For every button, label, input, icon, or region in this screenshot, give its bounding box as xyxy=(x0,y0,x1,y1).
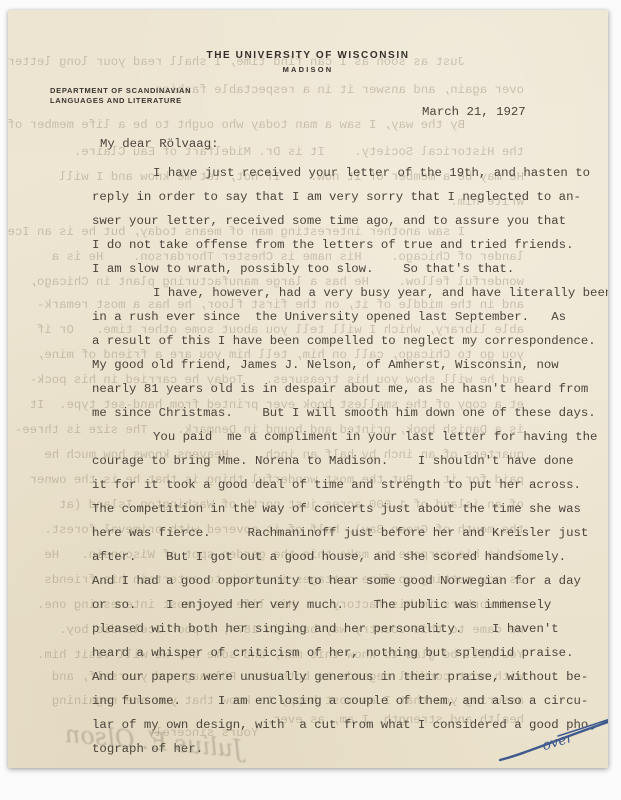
letter-line: My good old friend, James J. Nelson, of … xyxy=(92,353,608,377)
letter-line: here was fierce. Rachmaninoff just befor… xyxy=(92,521,608,545)
letter-line: nearly 81 years old is in despair about … xyxy=(92,377,608,401)
letter-line: it for it took a good deal of time and s… xyxy=(92,473,608,497)
letter-line: I have, however, had a very busy year, a… xyxy=(92,281,608,305)
letter-paper: Just as soon as I can find time, I shall… xyxy=(8,10,608,768)
letter-line: me since Christmas. But I will smooth hi… xyxy=(92,401,608,425)
letter-line: in a rush ever since the University open… xyxy=(92,305,608,329)
bleedthrough-line: By the way, I saw a man today who ought … xyxy=(8,118,524,132)
letter-line: I do not take offense from the letters o… xyxy=(92,233,608,257)
over-annotation: over xyxy=(496,706,608,768)
letterhead-institution: THE UNIVERSITY OF WISCONSIN xyxy=(8,50,608,61)
letter-line: heard a whisper of criticism of her, not… xyxy=(92,641,608,665)
scanned-letter: Just as soon as I can find time, I shall… xyxy=(0,0,621,800)
letter-line: And I had a good opportunity to hear som… xyxy=(92,569,608,593)
letter-line: a result of this I have been compelled t… xyxy=(92,329,608,353)
letter-line: or so. I enjoyed her very much. The publ… xyxy=(92,593,608,617)
letterhead-department-line1: DEPARTMENT OF SCANDINAVIAN xyxy=(50,86,191,96)
letter-line: swer your letter, received some time ago… xyxy=(92,209,608,233)
letterhead-department-line2: LANGUAGES AND LITERATURE xyxy=(50,96,191,106)
letterhead-city: MADISON xyxy=(8,65,608,74)
letter-line: I am slow to wrath, possibly too slow. S… xyxy=(92,257,608,281)
letterhead-department: DEPARTMENT OF SCANDINAVIAN LANGUAGES AND… xyxy=(50,86,191,105)
bleedthrough-line: over again, and answer it in a respectab… xyxy=(148,83,524,97)
letter-line: And our papers were unusually generous i… xyxy=(92,665,608,689)
letter-date: March 21, 1927 xyxy=(422,105,526,119)
letter-line: The competition in the way of concerts j… xyxy=(92,497,608,521)
letter-line: courage to bring Mme. Norena to Madison.… xyxy=(92,449,608,473)
salutation: My dear Rölvaag: xyxy=(100,137,219,151)
letter-line: after. But I got out a good house, and s… xyxy=(92,545,608,569)
letter-line: You paid me a compliment in your last le… xyxy=(92,425,608,449)
letter-line: I have just received your letter of the … xyxy=(92,161,608,185)
letter-line: reply in order to say that I am very sor… xyxy=(92,185,608,209)
letterhead: THE UNIVERSITY OF WISCONSIN MADISON xyxy=(8,50,608,74)
letter-body: I have just received your letter of the … xyxy=(92,161,608,761)
letter-line: pleased with both her singing and her pe… xyxy=(92,617,608,641)
